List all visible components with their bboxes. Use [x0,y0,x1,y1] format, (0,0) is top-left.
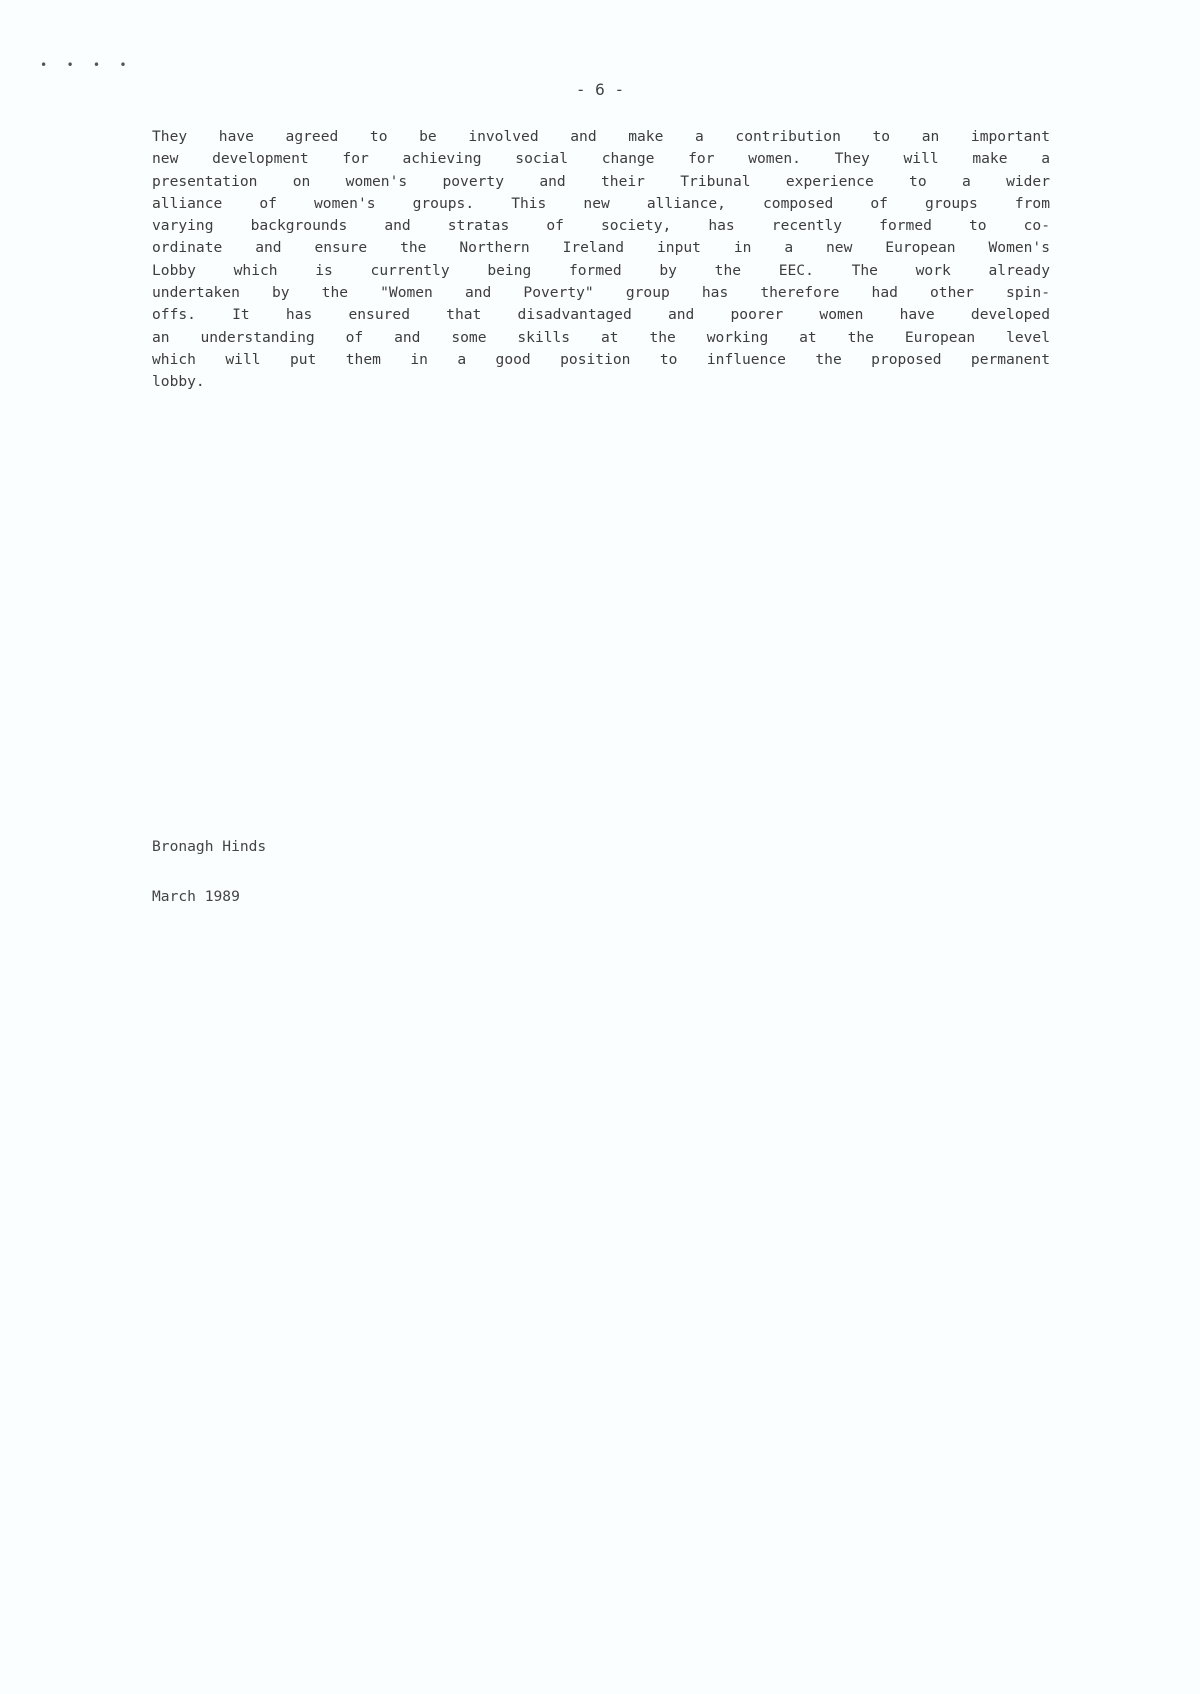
paragraph-line: presentation on women's poverty and thei… [152,171,1050,193]
paragraph-line: new development for achieving social cha… [152,148,1050,170]
page-number: - 6 - [0,80,1200,99]
document-page: • • • • - 6 - They have agreed to be inv… [0,0,1200,1694]
document-date: March 1989 [152,888,240,905]
paragraph-line: Lobby which is currently being formed by… [152,260,1050,282]
paragraph-line: They have agreed to be involved and make… [152,126,1050,148]
paragraph-line: offs. It has ensured that disadvantaged … [152,304,1050,326]
paragraph-line: lobby. [152,371,1050,393]
body-paragraph: They have agreed to be involved and make… [152,126,1052,394]
paragraph-line: undertaken by the "Women and Poverty" gr… [152,282,1050,304]
paragraph-line: alliance of women's groups. This new all… [152,193,1050,215]
paragraph-line: ordinate and ensure the Northern Ireland… [152,237,1050,259]
page-number-text: - 6 - [576,80,624,99]
paragraph-line: an understanding of and some skills at t… [152,327,1050,349]
corner-marks: • • • • [40,58,133,72]
paragraph-line: varying backgrounds and stratas of socie… [152,215,1050,237]
paragraph-line: which will put them in a good position t… [152,349,1050,371]
author-signature: Bronagh Hinds [152,838,266,855]
